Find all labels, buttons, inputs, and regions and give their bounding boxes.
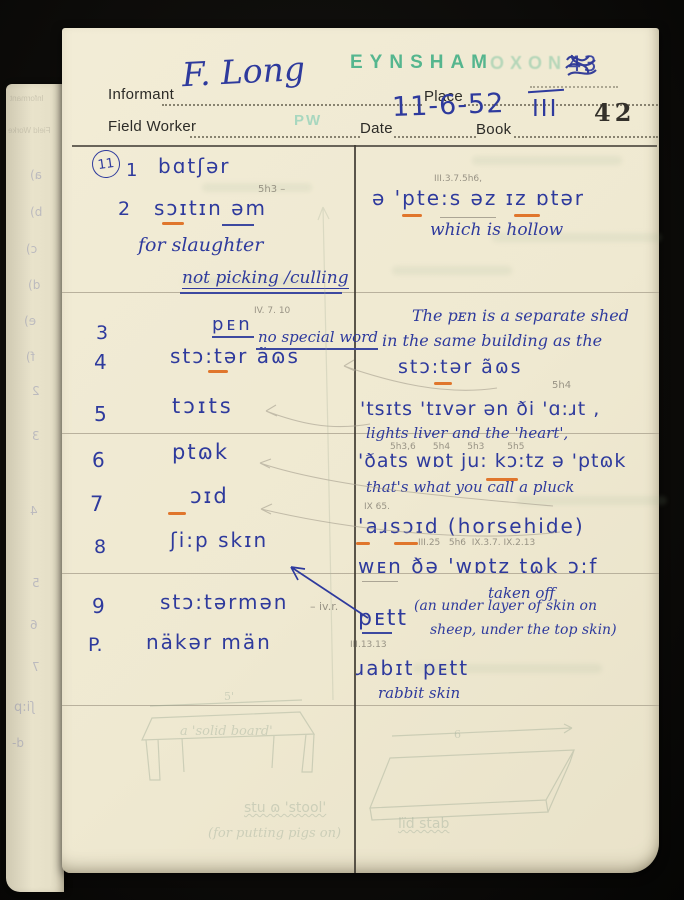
field-worker-label: Field Worker — [108, 118, 196, 135]
pencil-underline — [362, 581, 398, 582]
phonetic-entry-knackerman: näkər män — [146, 630, 272, 654]
orange-underline — [356, 542, 370, 545]
phonetic-when-hide-taken-off: wᴇn ðə 'wɒtz tɷk ɔ:f — [358, 554, 598, 578]
ghost-informant-label: Informant — [10, 94, 44, 103]
ghost-margin-item: ʃi:p — [14, 700, 35, 715]
phonetic-entry-sorting: sɔɪtɪn əm — [154, 196, 267, 220]
item-number: 5 — [94, 402, 107, 426]
gloss-call-a-pluck: that's what you call a pluck — [366, 478, 574, 496]
ink-underline — [256, 348, 378, 350]
gloss-which-is-hollow: which is hollow — [430, 220, 563, 240]
phonetic-note-place-hollow: ə 'pte:s əz ɪz ɒtər — [372, 186, 585, 210]
phonetic-call-a-pluck: 'ðats wɒt ju: kɔ:tz ə 'ptɷk — [358, 450, 626, 472]
bleedthrough-smudge — [392, 266, 512, 275]
book-label: Book — [476, 121, 511, 138]
ink-underline — [180, 292, 342, 294]
note-pen-shed-line2: in the same building as the — [382, 331, 602, 350]
item-number: 2 — [118, 198, 130, 220]
note-no-special-word: no special word — [258, 328, 378, 346]
ghost-table-dimension: 5' — [224, 690, 234, 703]
header-divider-rule — [72, 145, 657, 147]
phonetic-rabbit-pelt: ɹabɪt pᴇtt — [356, 656, 469, 680]
item-number: 6 — [92, 448, 105, 472]
pencil-ref: – iv.r. — [310, 600, 338, 613]
ghost-stool-phonetic: stu ɷ 'stool' — [244, 800, 326, 816]
orange-underline — [168, 512, 186, 515]
date-value: 11-6-52 — [391, 88, 504, 123]
phonetic-entry-pen: pᴇn — [212, 314, 253, 335]
fieldworker-initials-stamp: PW — [294, 112, 322, 129]
record-page: EYNSHAM OXON Informant F. Long Place Fie… — [62, 28, 659, 873]
previous-page-edge: Informant Field Worke a) b) c) d) e) f) … — [6, 84, 64, 892]
item-number: 1 — [126, 160, 137, 181]
page-number-line — [582, 110, 658, 138]
ink-underline — [222, 224, 254, 226]
orange-underline — [208, 370, 228, 373]
bleedthrough-smudge — [472, 156, 622, 165]
informant-value: F. Long — [181, 49, 306, 94]
book-value: III — [532, 96, 558, 122]
gloss-for-slaughter: for slaughter — [138, 234, 263, 256]
ghost-margin-item: 3 — [32, 429, 40, 443]
pencil-refs: III.25 5h6 IX.3.7. IX.2.13 — [418, 538, 535, 548]
section-rule — [62, 433, 659, 434]
gloss-lights-liver-heart: lights liver and the 'heart', — [366, 424, 568, 442]
item-number: 3 — [96, 322, 108, 344]
pencil-ref: III.3.7.5h6, — [434, 174, 482, 184]
ghost-fieldworker-label: Field Worke — [8, 126, 51, 135]
ink-underline — [212, 336, 254, 338]
pencil-ref: IV. 7. 10 — [254, 306, 290, 316]
phonetic-entry-sheepskin: ʃi:p skɪn — [170, 528, 268, 552]
date-label: Date — [360, 120, 393, 137]
ghost-margin-item: a) — [30, 168, 42, 182]
ghost-margin-item: e) — [24, 314, 36, 328]
orange-underline — [162, 222, 184, 225]
phonetic-entry-butcher: bɑtʃər — [158, 154, 230, 178]
phonetic-entry-pluck: ptɷk — [172, 440, 229, 464]
orange-underline — [514, 214, 540, 217]
ghost-margin-item: c) — [26, 242, 37, 256]
pencil-ref: 5h3 – — [258, 184, 285, 195]
ghost-stool-note: (for putting pigs on) — [208, 826, 341, 841]
bleedthrough-smudge — [517, 496, 667, 505]
place-stamp: EYNSHAM — [350, 52, 494, 74]
phonetic-entry-hide: ɔɪd — [190, 484, 229, 508]
ghost-margin-item: d) — [28, 278, 40, 292]
pencil-ref: 5h4 — [552, 380, 571, 391]
phonetic-entry-slaughterman: stɔ:tərmən — [160, 590, 288, 614]
field-worker-line — [190, 110, 360, 138]
ghost-slab-caption: lïd stab — [398, 816, 449, 832]
item-number: 7 — [90, 492, 103, 516]
phonetic-entry-lights: tɔɪts — [172, 394, 234, 418]
phonetic-horsehide: 'aɹsɔɪd (horsehide) — [358, 514, 585, 538]
phonetic-pelt: pᴇtt — [358, 606, 408, 631]
section-number-circled: 11 — [90, 148, 122, 180]
section-rule — [62, 292, 659, 293]
note-pelt-line2: sheep, under the top skin) — [430, 622, 617, 638]
note-pen-shed-line1: The pᴇn is a separate shed — [412, 306, 629, 325]
ink-underline — [362, 632, 392, 634]
ghost-margin-item: 6 — [30, 618, 38, 632]
orange-underline — [402, 214, 422, 217]
item-number: 9 — [92, 594, 105, 618]
item-number: 8 — [94, 536, 106, 558]
ghost-margin-item: 4 — [30, 504, 38, 518]
ghost-margin-item: 5 — [32, 576, 40, 590]
ghost-margin-item: 7 — [32, 660, 40, 674]
gloss-not-picking: not picking /culling — [182, 268, 349, 289]
ghost-slab-dimension: 6 — [454, 728, 461, 741]
ghost-margin-item: d- — [12, 736, 24, 750]
crossed-out-page-number: 43 — [568, 52, 599, 76]
item-number: P. — [88, 634, 103, 656]
ghost-margin-item: f) — [26, 350, 35, 364]
ghost-table-caption: a 'solid board' — [180, 724, 273, 739]
orange-underline — [434, 382, 452, 385]
pencil-underline — [440, 217, 496, 218]
phonetic-slaughterhouse-right: stɔ:tər ãɷs — [398, 356, 523, 378]
orange-underline — [394, 542, 418, 545]
item-number: 4 — [94, 350, 107, 374]
ghost-margin-item: 2 — [32, 384, 40, 398]
pencil-ref: IX 65. — [364, 502, 390, 512]
center-column-rule — [354, 145, 356, 873]
note-pelt-line1: (an under layer of skin on — [414, 598, 597, 614]
bleedthrough-smudge — [202, 183, 312, 192]
notebook-photo: Informant Field Worke a) b) c) d) e) f) … — [0, 0, 684, 900]
ghost-margin-item: b) — [30, 205, 42, 219]
phonetic-lights-liver-heart: 'tsɪts 'tɪvər ən ði 'ɑ:ɹt , — [360, 398, 600, 420]
